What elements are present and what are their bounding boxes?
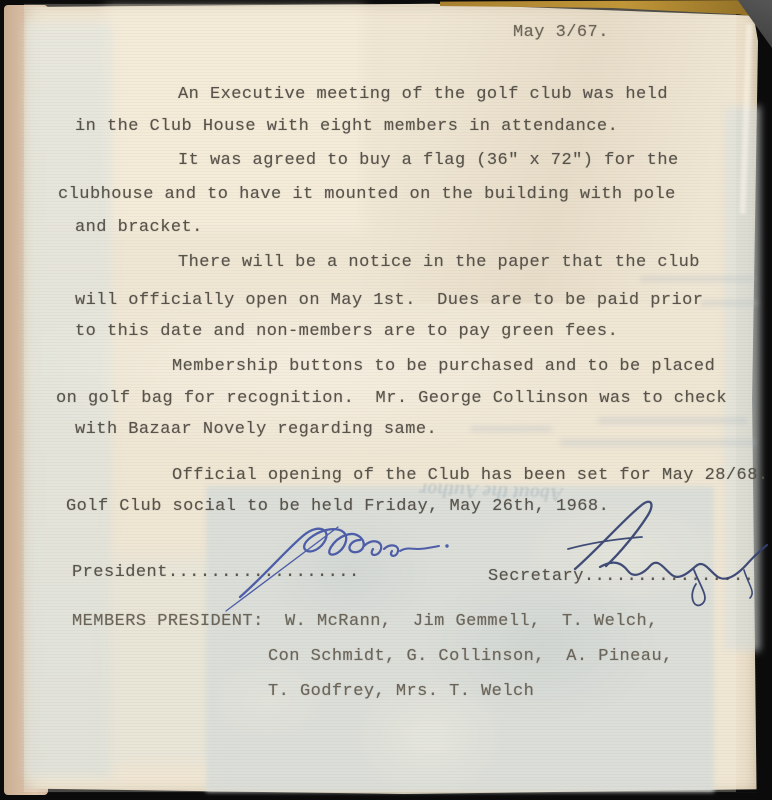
typed-line: with Bazaar Novely regarding same. <box>75 419 437 441</box>
members-line: MEMBERS PRESIDENT: W. McRann, Jim Gemmel… <box>72 611 658 633</box>
typed-line: and bracket. <box>75 217 203 239</box>
typed-line: There will be a notice in the paper that… <box>178 252 700 274</box>
typed-line: Official opening of the Club has been se… <box>172 465 769 487</box>
bleed-through-smudge <box>598 417 748 424</box>
secretary-signature-line: Secretary................ <box>488 566 754 588</box>
typed-line: will officially open on May 1st. Dues ar… <box>75 290 703 312</box>
typed-line: to this date and non-members are to pay … <box>75 321 618 343</box>
members-line: Con Schmidt, G. Collinson, A. Pineau, <box>268 646 673 668</box>
bleed-through-smudge <box>640 276 755 282</box>
bleed-through-smudge <box>470 426 552 432</box>
typed-line: Golf Club social to be held Friday, May … <box>66 496 609 518</box>
president-signature-line: President.................. <box>72 562 360 584</box>
typed-line: It was agreed to buy a flag (36" x 72") … <box>178 150 679 172</box>
typed-line: on golf bag for recognition. Mr. George … <box>56 388 727 410</box>
bleed-through-smudge <box>700 300 758 306</box>
members-line: T. Godfrey, Mrs. T. Welch <box>268 681 534 703</box>
bleed-through-smudge <box>560 439 756 446</box>
typed-line: Membership buttons to be purchased and t… <box>172 356 715 378</box>
typed-line: in the Club House with eight members in … <box>75 116 618 138</box>
typed-line: An Executive meeting of the golf club wa… <box>178 84 668 106</box>
typed-line: clubhouse and to have it mounted on the … <box>58 184 676 206</box>
date-line: May 3/67. <box>513 22 609 44</box>
